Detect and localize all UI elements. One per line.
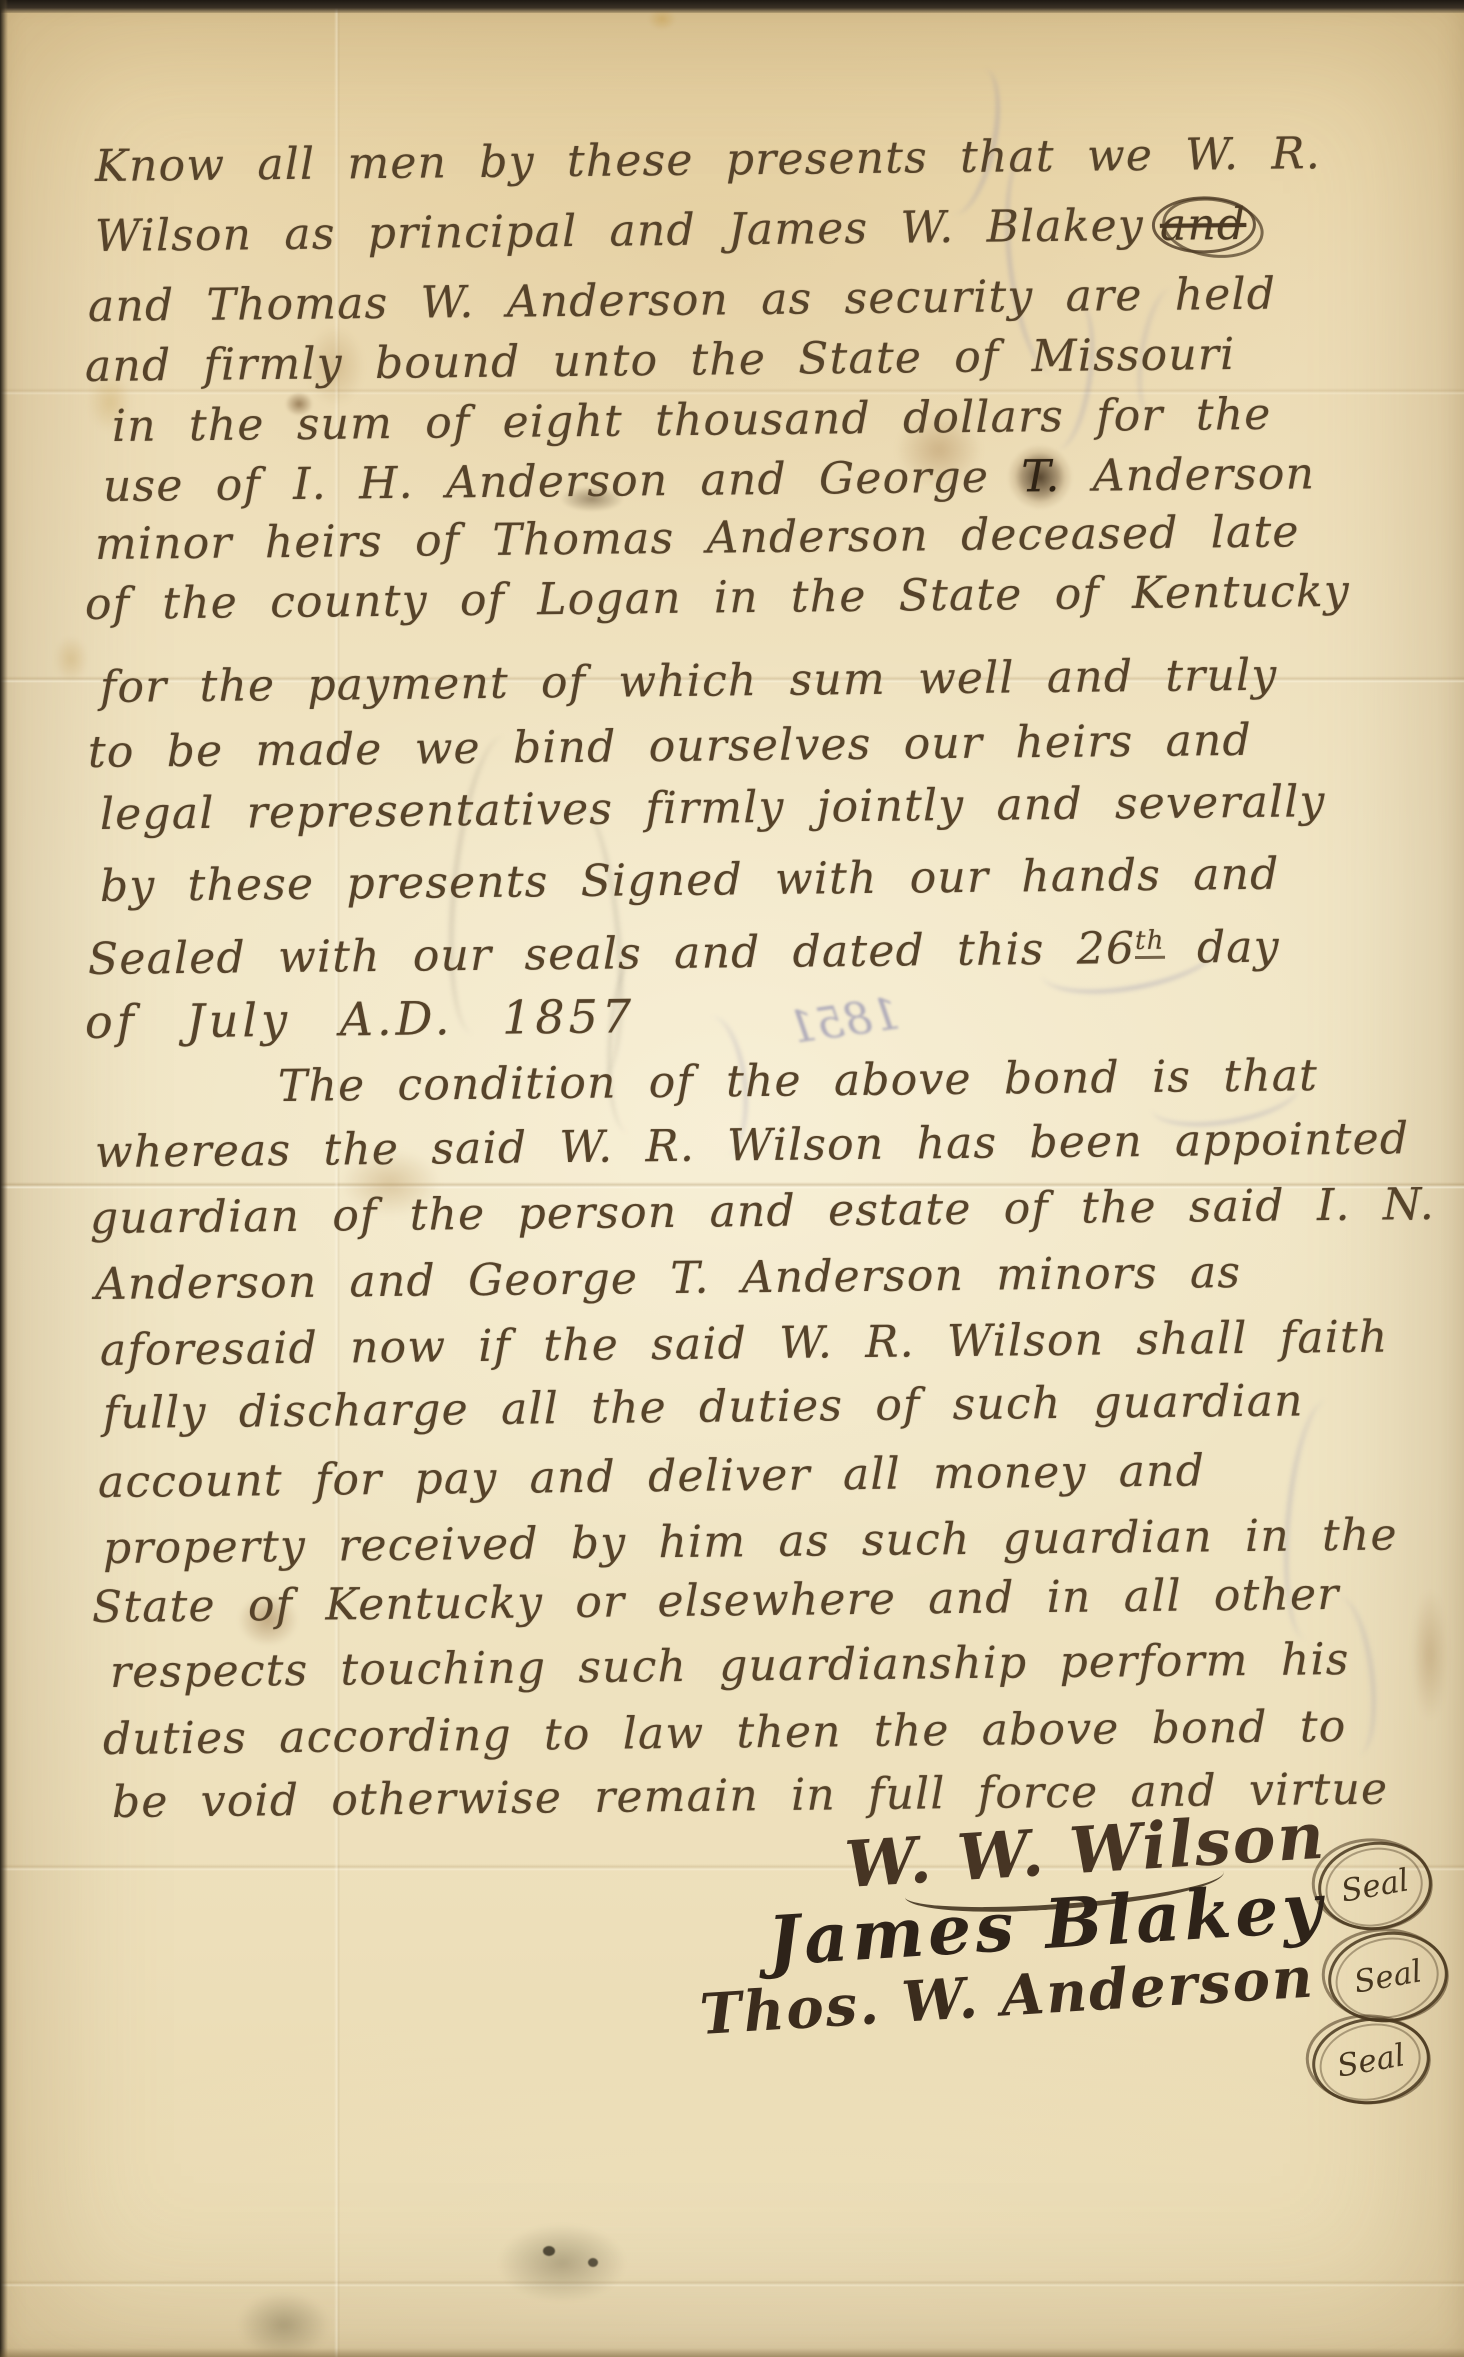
fold-crease	[0, 2280, 1464, 2287]
seal-label: Seal	[1338, 1862, 1411, 1909]
crossed-out-scribble: and	[1160, 200, 1247, 251]
stain	[54, 636, 88, 682]
seal-label: Seal	[1351, 1953, 1424, 2000]
scan-edge-left	[0, 0, 8, 2357]
stain	[543, 2246, 555, 2256]
seal-label: Seal	[1334, 2037, 1407, 2084]
line-13-post: day	[1164, 922, 1280, 974]
line-2-text: Wilson as principal and James W. Blakey	[95, 200, 1144, 262]
scan-edge-bottom	[0, 2348, 1464, 2357]
line-6-pre: use of I. H. Anderson and George	[103, 451, 1022, 512]
ordinal-superscript: th	[1135, 926, 1165, 959]
document-line-14-date: of July A.D. 1857	[85, 990, 636, 1049]
document-scan: 1851 Know all men by these presents that…	[0, 0, 1464, 2357]
stain	[1412, 1590, 1448, 1720]
line-13-pre: Sealed with our seals and dated this 26	[88, 923, 1136, 985]
ink-blot: T.	[1021, 452, 1061, 503]
line-6-post: Anderson	[1060, 448, 1315, 502]
scan-edge-top	[0, 0, 1464, 13]
stain	[498, 2224, 626, 2302]
stain	[588, 2258, 598, 2267]
